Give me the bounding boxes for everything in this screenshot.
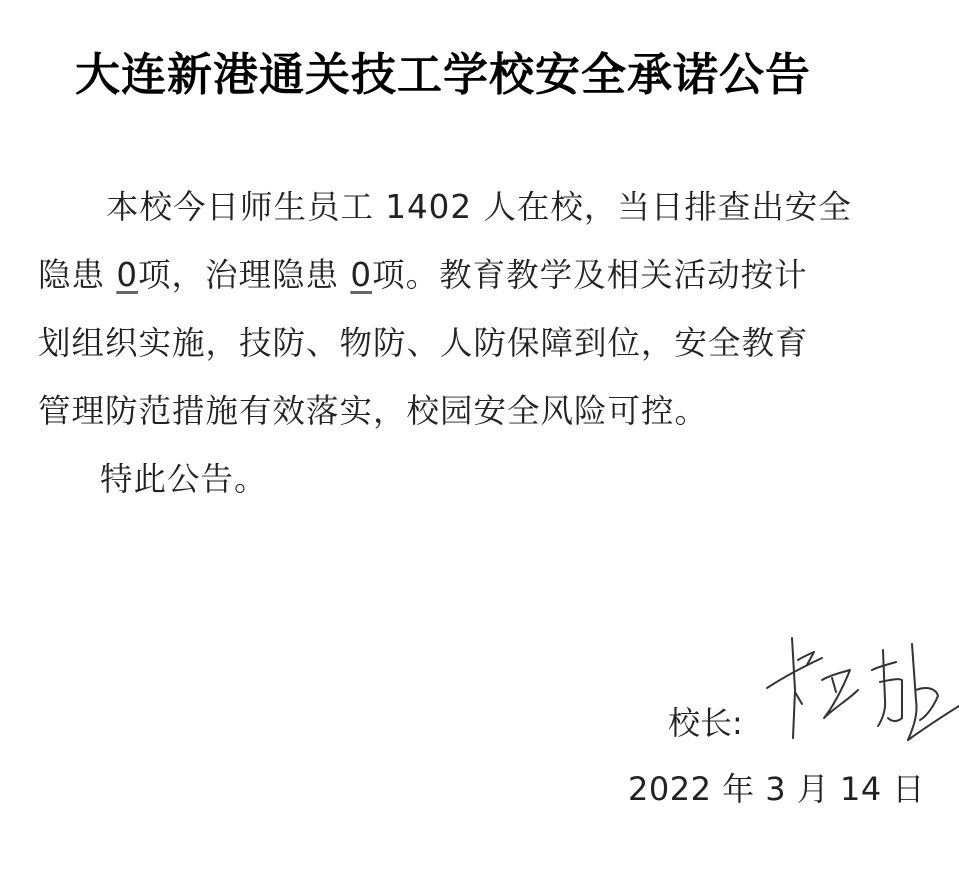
body-text-segment: 项，治理隐患 xyxy=(138,256,350,294)
closing-line: 特此公告。 xyxy=(38,445,918,513)
hazards-found-value: 0 xyxy=(116,256,138,294)
hazards-fixed-value: 0 xyxy=(350,256,372,294)
handwritten-signature-icon xyxy=(762,630,959,750)
document-title: 大连新港通关技工学校安全承诺公告 xyxy=(75,38,811,103)
body-line-2: 隐患 0项，治理隐患 0项。教育教学及相关活动按计 xyxy=(38,241,918,309)
announcement-body: 本校今日师生员工 1402 人在校，当日排查出安全 隐患 0项，治理隐患 0项。… xyxy=(38,173,918,513)
body-text-segment: 隐患 xyxy=(38,256,116,294)
body-line-3: 划组织实施，技防、物防、人防保障到位，安全教育 xyxy=(38,309,918,377)
body-line-4: 管理防范措施有效落实，校园安全风险可控。 xyxy=(38,377,918,445)
body-text-segment: 项。教育教学及相关活动按计 xyxy=(372,256,808,294)
principal-label: 校长: xyxy=(668,698,743,744)
body-line-1: 本校今日师生员工 1402 人在校，当日排查出安全 xyxy=(38,173,918,241)
announcement-date: 2022 年 3 月 14 日 xyxy=(628,764,925,810)
